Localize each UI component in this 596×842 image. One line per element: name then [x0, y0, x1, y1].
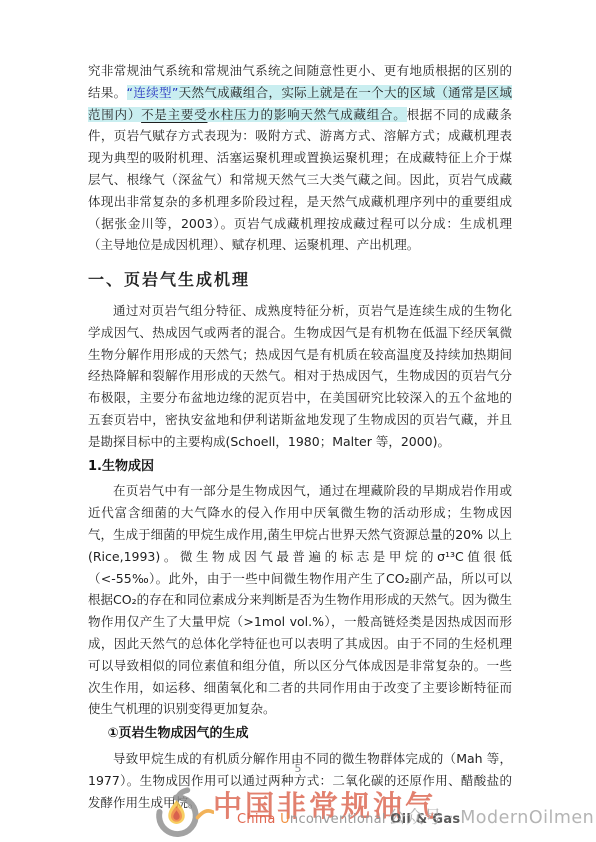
text-run: 一、页岩气生成机理: [88, 270, 250, 289]
highlight-underline-run: 不是主要受: [141, 107, 207, 122]
section-heading-gas-generation: 一、页岩气生成机理: [88, 269, 512, 291]
highlight-run: 水柱压力的影响天然气成藏组合。: [207, 107, 406, 122]
paragraph-generation-overview: 通过对页岩气组分特征、成熟度特征分析，页岩气是连续生成的生物化学成因气、热成因气…: [88, 300, 512, 453]
subheading-shale-biogenic-gas-generation: ①页岩生物成因气的生成: [88, 723, 512, 745]
page-number: 5: [0, 762, 596, 775]
paragraph-continued-intro: 究非常规油气系统和常规油气系统之间随意性更小、更有地质根据的区别的结果。“连续型…: [88, 60, 512, 256]
text-run: 1.生物成因: [88, 459, 154, 474]
text-run: ①页岩生物成因气的生成: [108, 726, 249, 741]
subheading-biogenic-origin: 1.生物成因: [88, 456, 512, 478]
document-page: 究非常规油气系统和常规油气系统之间随意性更小、更有地质根据的区别的结果。“连续型…: [0, 0, 596, 842]
highlight-blue-run: “连续型”: [127, 85, 179, 100]
watermark-account-label: 公众号 · ModernOilmen: [388, 804, 594, 829]
watermark-en-u: U: [280, 812, 290, 827]
watermark-en-china: China: [237, 812, 280, 827]
flame-drop-logo-icon: [150, 784, 214, 842]
watermark: 中国非常规油气 China Unconventional Oil & Gas 公…: [0, 784, 596, 842]
paragraph-biogenic-detail: 在页岩气中有一部分是生物成因气，通过在埋藏阶段的早期成岩作用或近代富含细菌的大气…: [88, 480, 512, 720]
document-body: 究非常规油气系统和常规油气系统之间随意性更小、更有地质根据的区别的结果。“连续型…: [88, 60, 512, 813]
watermark-en-nconventional: nconventional: [290, 812, 390, 827]
text-run: 根据不同的成藏条件，页岩气赋存方式表现为：吸附方式、游离方式、溶解方式；成藏机理…: [88, 107, 512, 253]
text-run: 在页岩气中有一部分是生物成因气，通过在埋藏阶段的早期成岩作用或近代富含细菌的大气…: [88, 483, 512, 716]
text-run: 通过对页岩气组分特征、成熟度特征分析，页岩气是连续生成的生物化学成因气、热成因气…: [88, 303, 512, 449]
